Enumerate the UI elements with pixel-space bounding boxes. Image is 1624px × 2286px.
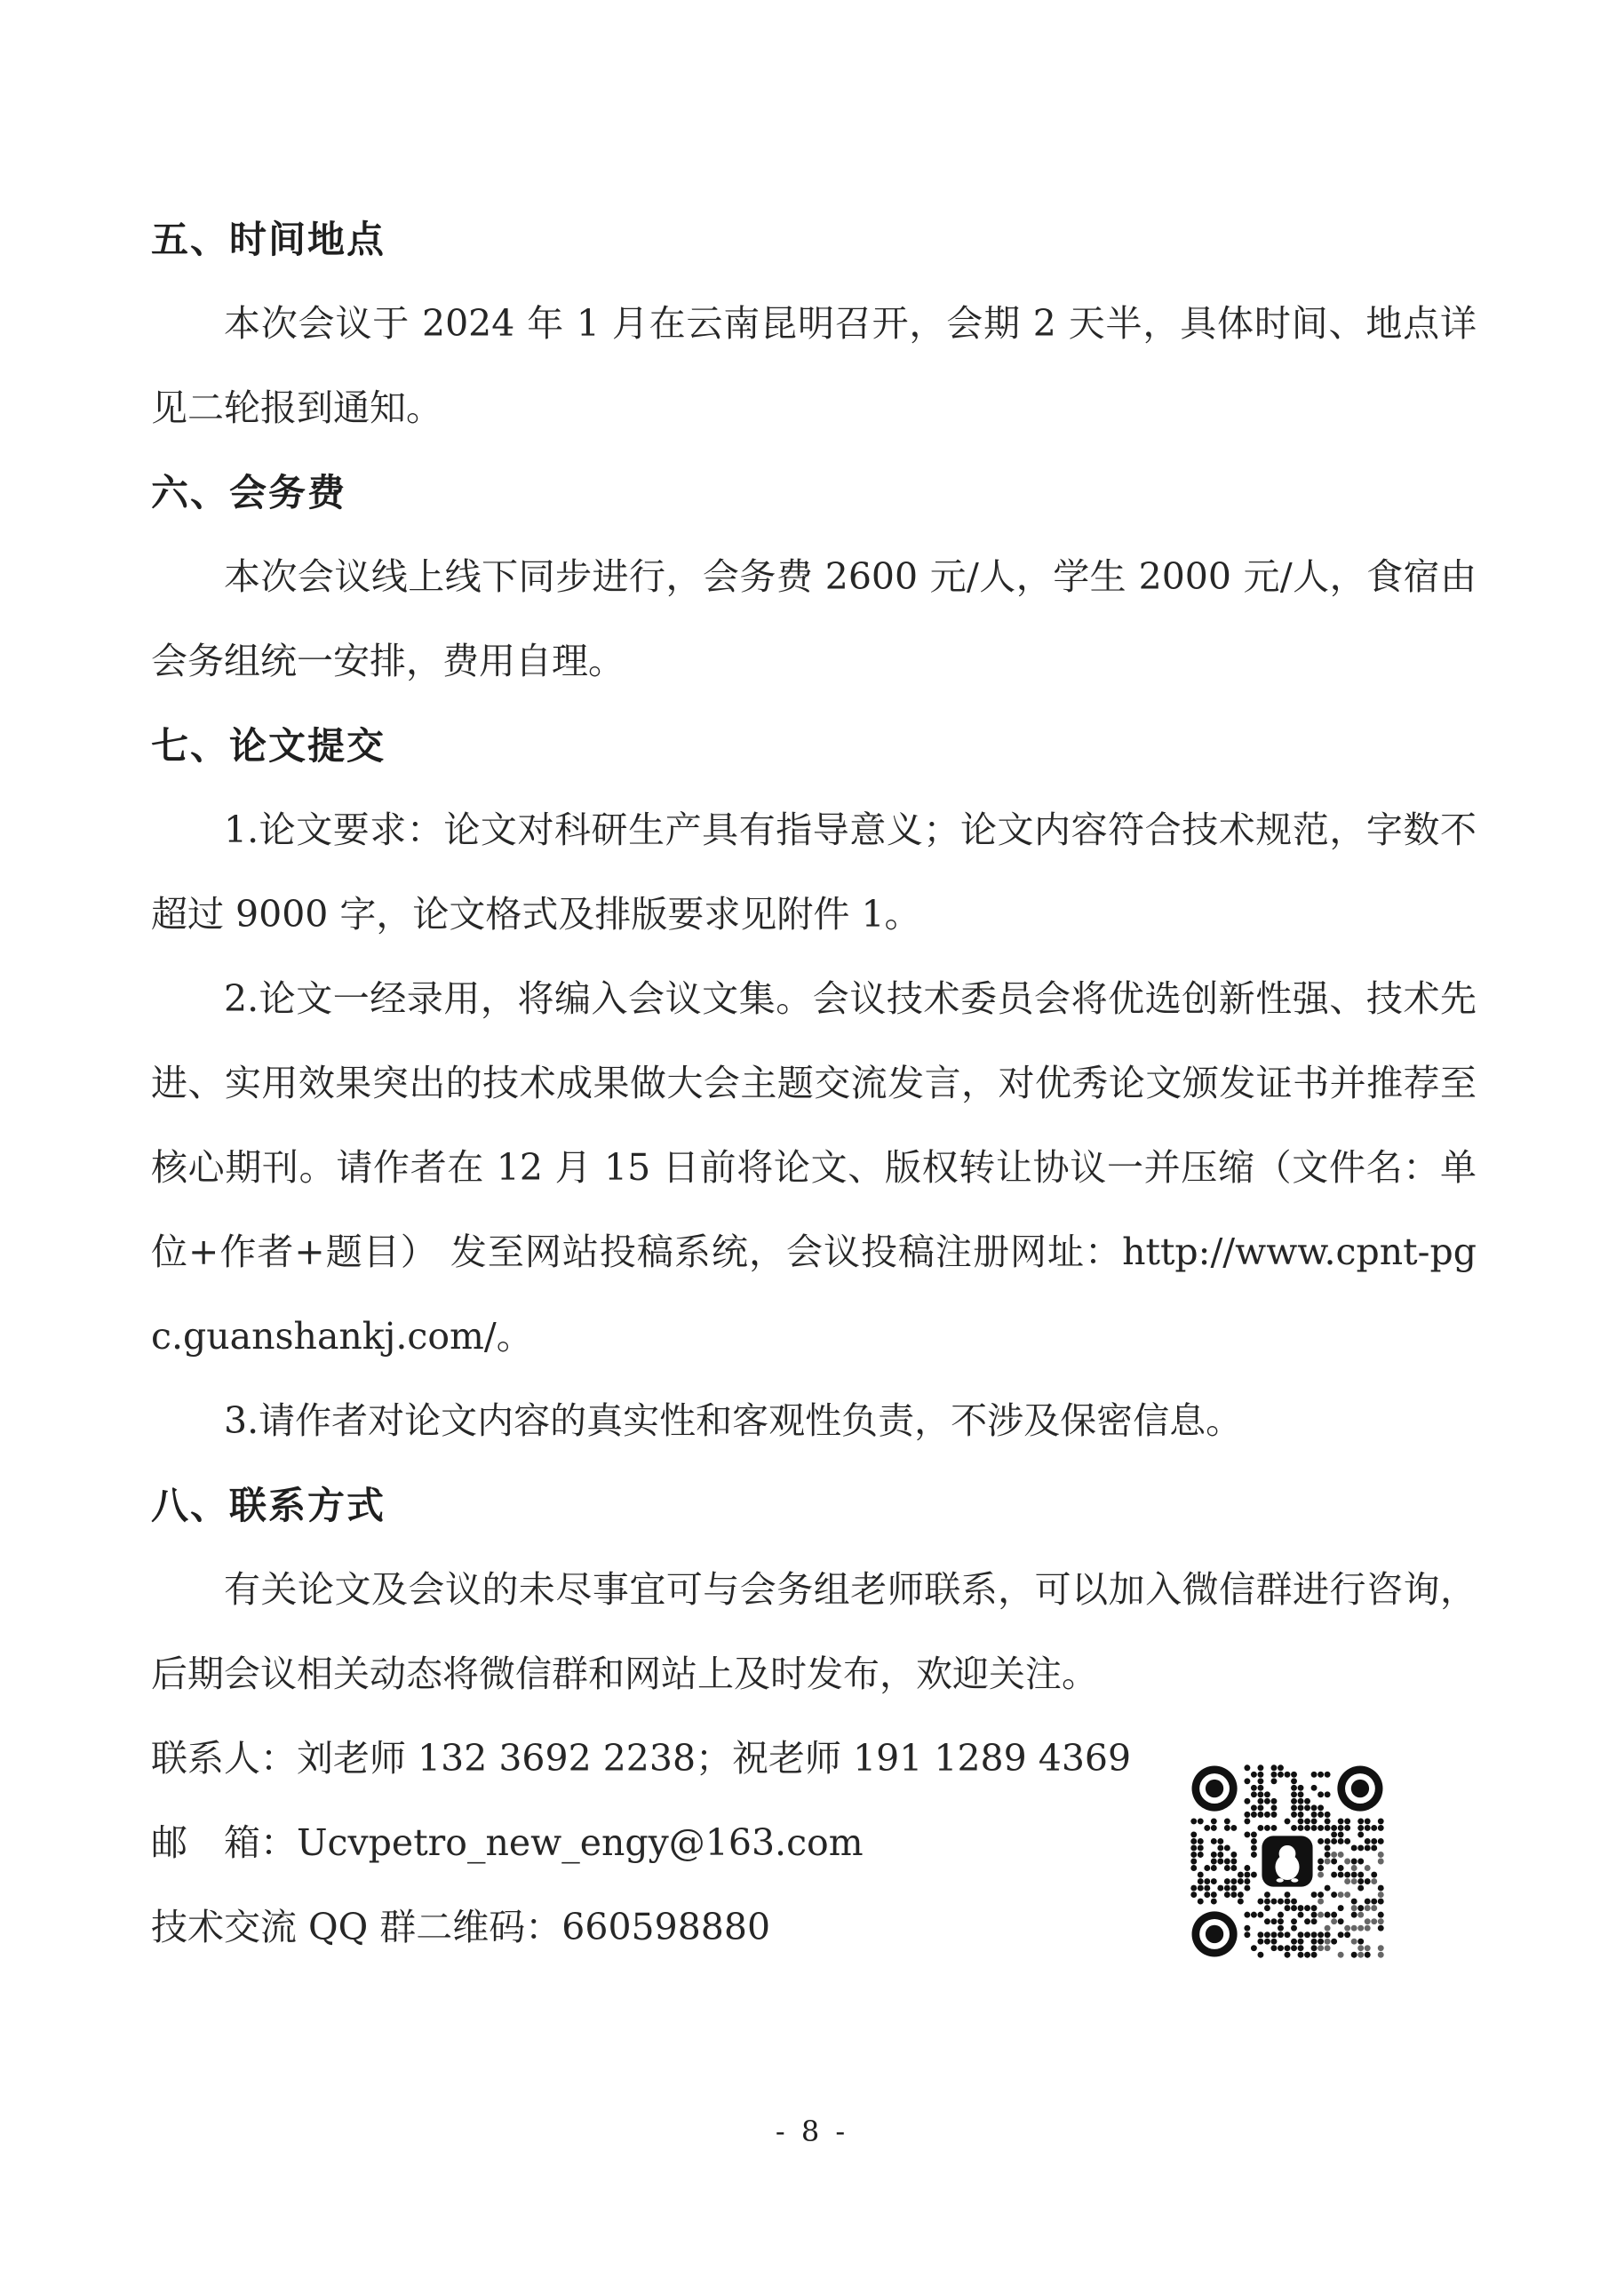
para-paper-requirements: 1.论文要求：论文对科研生产具有指导意义；论文内容符合技术规范，字数不超过 90… <box>151 788 1477 957</box>
qr-code-svg <box>1190 1764 1384 1958</box>
para-paper-acceptance: 2.论文一经录用，将编入会议文集。会议技术委员会将优选创新性强、技术先进、实用效… <box>151 957 1477 1379</box>
qr-finder-top-right <box>1337 1766 1382 1812</box>
para-time-location: 本次会议于 2024 年 1 月在云南昆明召开，会期 2 天半，具体时间、地点详… <box>151 282 1477 450</box>
document-page: 五、时间地点 本次会议于 2024 年 1 月在云南昆明召开，会期 2 天半，具… <box>0 0 1624 2286</box>
heading-paper-submission: 七、论文提交 <box>151 704 1477 788</box>
qq-penguin-icon <box>1262 1836 1312 1886</box>
page-number: - 8 - <box>0 2115 1624 2148</box>
heading-time-location: 五、时间地点 <box>151 197 1477 282</box>
qr-finder-bottom-left <box>1192 1911 1238 1956</box>
para-contact-intro: 有关论文及会议的未尽事宜可与会务组老师联系，可以加入微信群进行咨询，后期会议相关… <box>151 1548 1477 1716</box>
para-paper-responsibility: 3.请作者对论文内容的真实性和客观性负责，不涉及保密信息。 <box>151 1379 1477 1463</box>
document-body: 五、时间地点 本次会议于 2024 年 1 月在云南昆明召开，会期 2 天半，具… <box>151 197 1477 1970</box>
qq-group-qr-code <box>1190 1764 1384 1958</box>
qr-finder-top-left <box>1192 1766 1238 1812</box>
heading-contact-info: 八、联系方式 <box>151 1463 1477 1548</box>
heading-conference-fee: 六、会务费 <box>151 450 1477 535</box>
para-conference-fee: 本次会议线上线下同步进行，会务费 2600 元/人，学生 2000 元/人，食宿… <box>151 535 1477 704</box>
